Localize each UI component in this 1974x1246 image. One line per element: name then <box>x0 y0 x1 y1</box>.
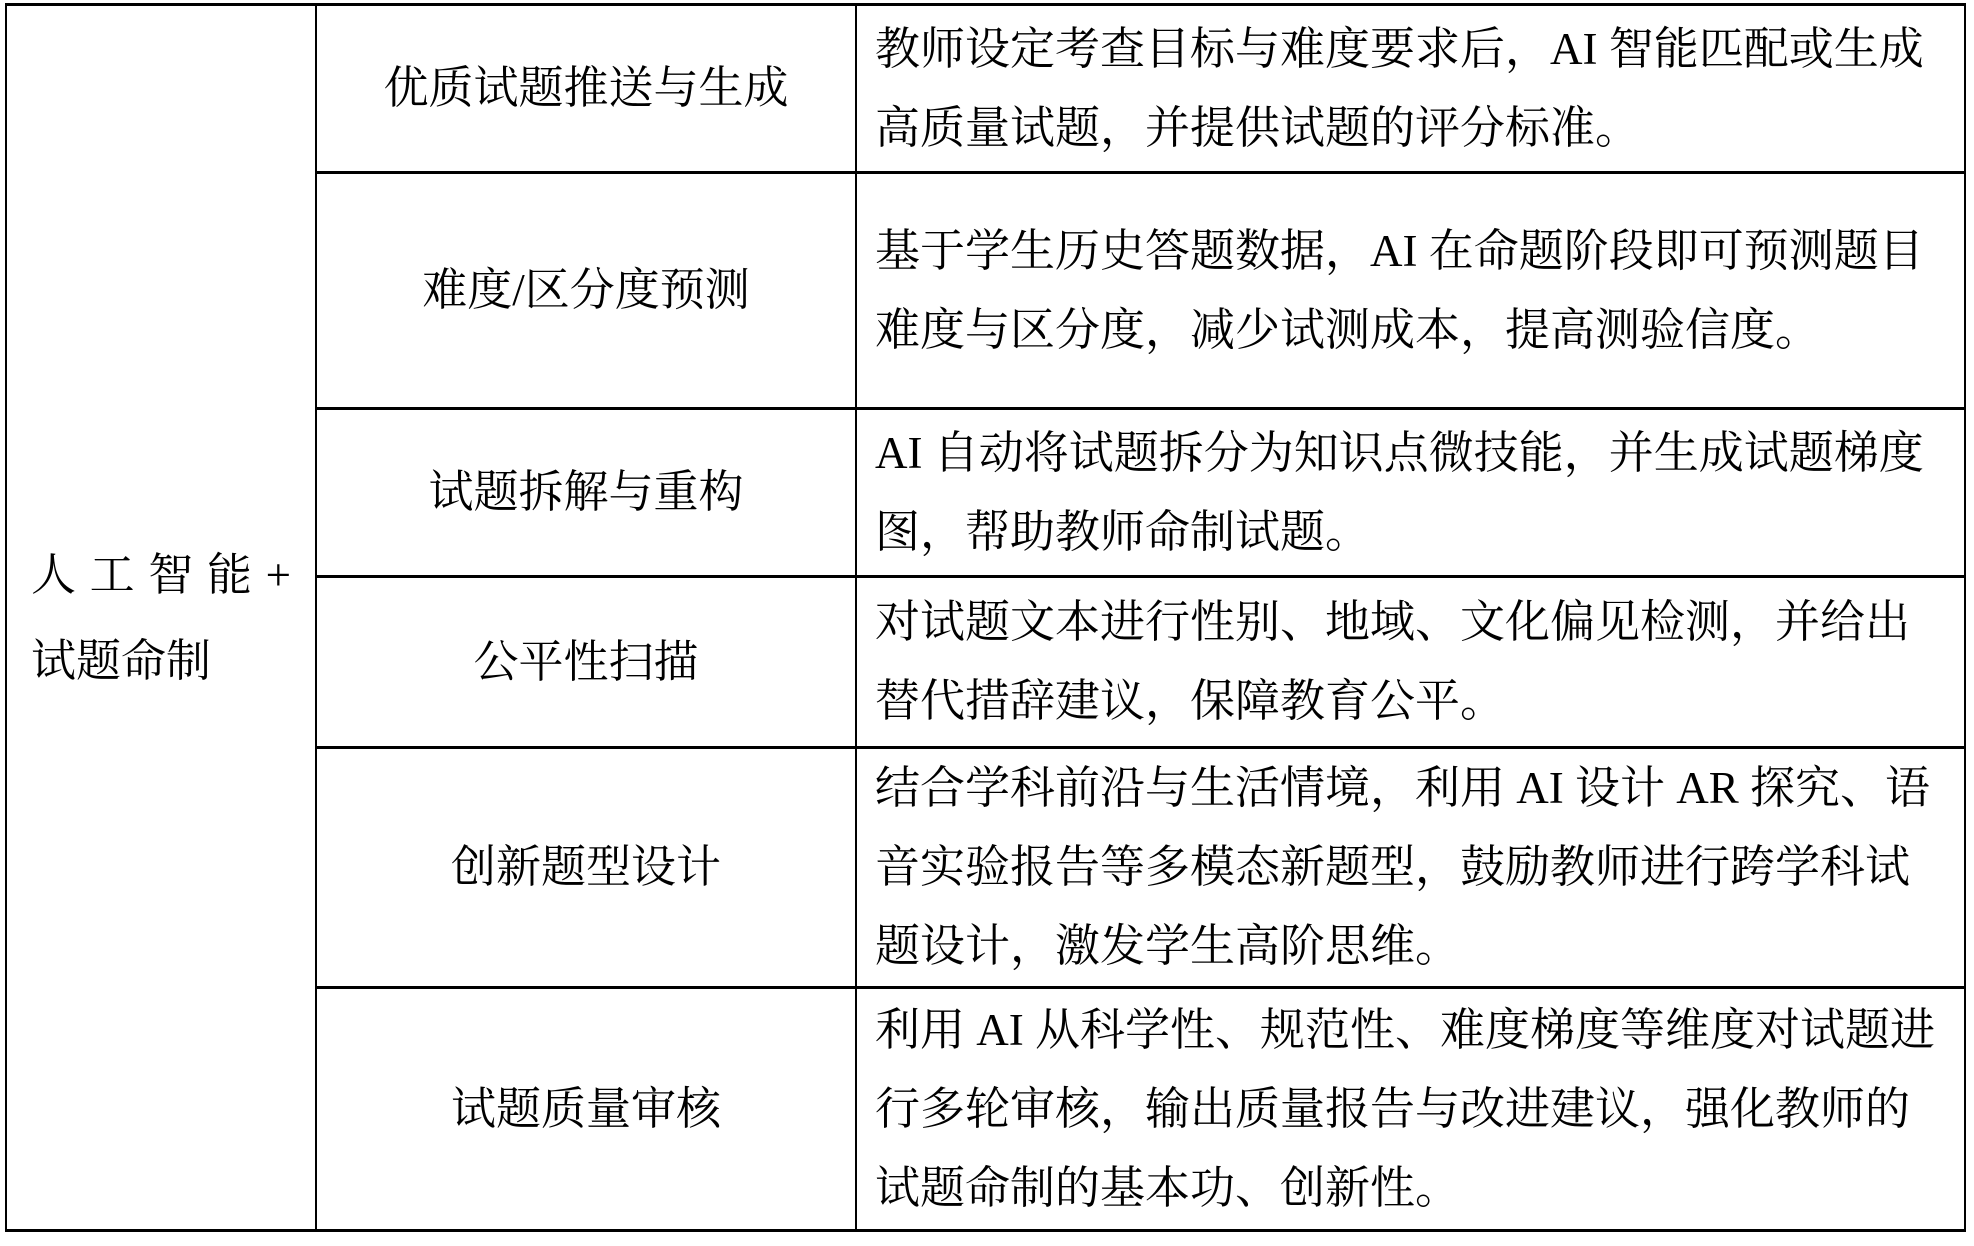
description-cell-quality-item-push: 教师设定考查目标与难度要求后，AI 智能匹配或生成高质量试题，并提供试题的评分标… <box>856 5 1965 173</box>
feature-cell-fairness-scan: 公平性扫描 <box>316 577 856 748</box>
category-label-line-2: 试题命制 <box>31 618 291 704</box>
table-row: 人工智能+ 试题命制 优质试题推送与生成 教师设定考查目标与难度要求后，AI 智… <box>6 5 1965 173</box>
feature-cell-quality-item-push: 优质试题推送与生成 <box>316 5 856 173</box>
description-cell-item-quality-review: 利用 AI 从科学性、规范性、难度梯度等维度对试题进行多轮审核，输出质量报告与改… <box>856 988 1965 1231</box>
ai-exam-creation-table: 人工智能+ 试题命制 优质试题推送与生成 教师设定考查目标与难度要求后，AI 智… <box>5 3 1966 1232</box>
description-cell-item-decomposition: AI 自动将试题拆分为知识点微技能，并生成试题梯度图，帮助教师命制试题。 <box>856 409 1965 577</box>
description-cell-innovative-item-design: 结合学科前沿与生活情境，利用 AI 设计 AR 探究、语音实验报告等多模态新题型… <box>856 748 1965 988</box>
category-cell: 人工智能+ 试题命制 <box>6 5 316 1231</box>
description-cell-difficulty-prediction: 基于学生历史答题数据，AI 在命题阶段即可预测题目难度与区分度，减少试测成本，提… <box>856 173 1965 409</box>
category-label-line-1: 人工智能+ <box>31 532 291 618</box>
feature-cell-innovative-item-design: 创新题型设计 <box>316 748 856 988</box>
description-cell-fairness-scan: 对试题文本进行性别、地域、文化偏见检测，并给出替代措辞建议，保障教育公平。 <box>856 577 1965 748</box>
feature-cell-item-quality-review: 试题质量审核 <box>316 988 856 1231</box>
document-page: 人工智能+ 试题命制 优质试题推送与生成 教师设定考查目标与难度要求后，AI 智… <box>0 0 1974 1246</box>
feature-cell-difficulty-prediction: 难度/区分度预测 <box>316 173 856 409</box>
feature-cell-item-decomposition: 试题拆解与重构 <box>316 409 856 577</box>
